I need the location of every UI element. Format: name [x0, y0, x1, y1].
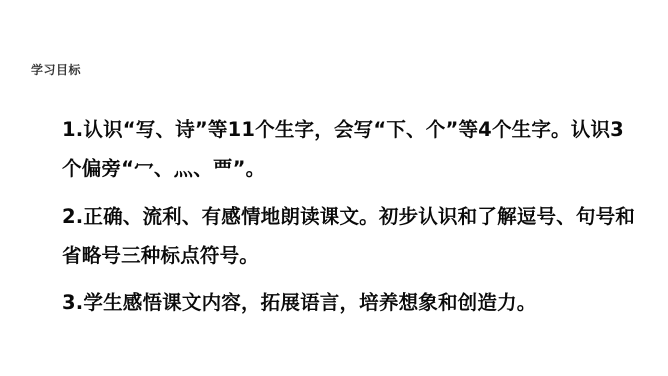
goal-item-3: 3.学生感悟课文内容，拓展语言，培养想象和创造力。 — [62, 283, 642, 322]
goal-item-1: 1.认识“写、诗”等11个生字，会写“下、个”等4个生字。认识3个偏旁“冖、灬、… — [62, 110, 642, 188]
goal-item-2: 2.正确、流利、有感情地朗读课文。初步认识和了解逗号、句号和省略号三种标点符号。 — [62, 197, 642, 275]
section-title: 学习目标 — [31, 61, 81, 78]
learning-goals-list: 1.认识“写、诗”等11个生字，会写“下、个”等4个生字。认识3个偏旁“冖、灬、… — [62, 110, 642, 332]
